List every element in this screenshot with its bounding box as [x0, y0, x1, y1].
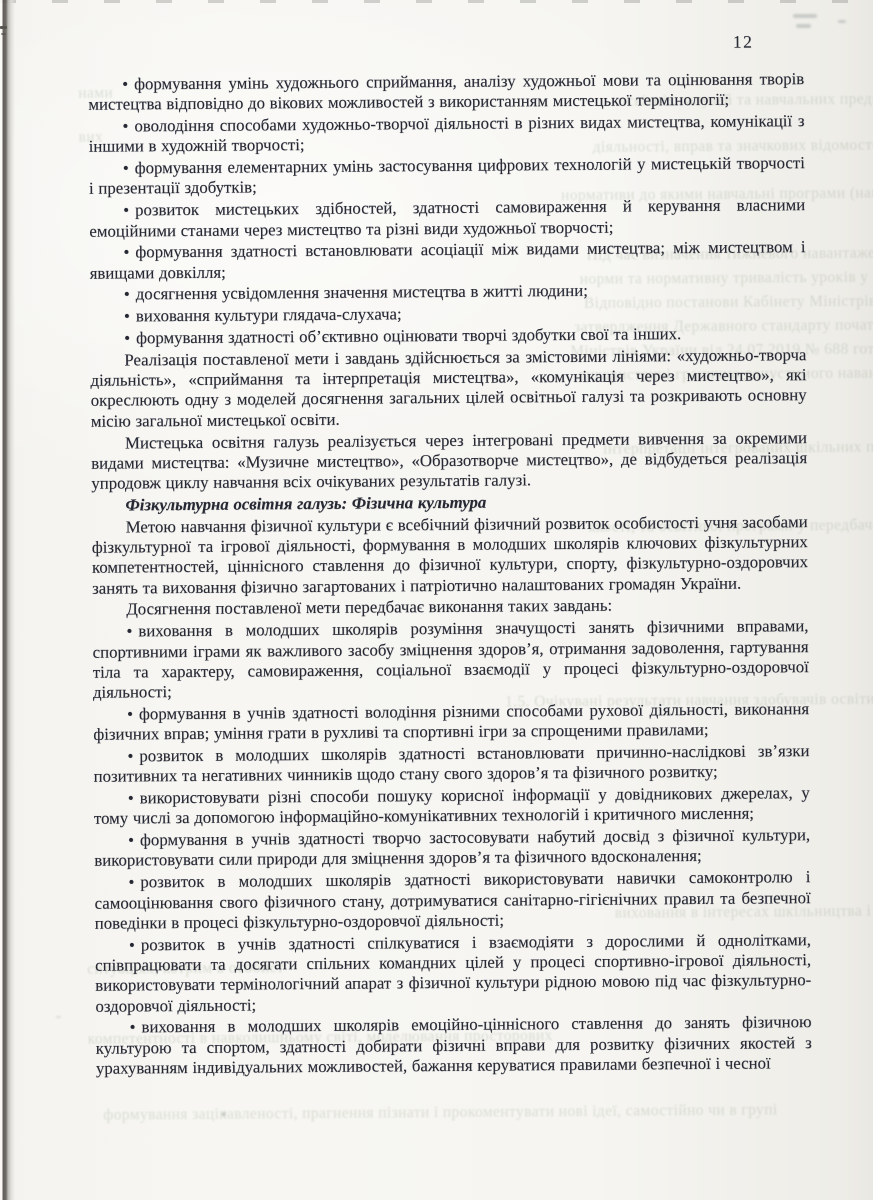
bullet-marker: • [127, 704, 133, 723]
text-run: розвиток в молодших школярів здатності в… [95, 867, 811, 932]
bullet-marker: • [123, 159, 129, 178]
text-run: формування здатності встановлювати асоці… [90, 237, 806, 282]
bullet-marker: • [124, 285, 130, 304]
bullet-marker: • [128, 788, 134, 807]
bullet-marker: • [123, 201, 129, 220]
bullet-item: •використовувати різні способи пошуку ко… [94, 783, 810, 829]
text-run: формування умінь художнього сприймання, … [88, 69, 804, 114]
bullet-item: •формування умінь художнього сприймання,… [88, 69, 804, 115]
text-run: розвиток в учнів здатності спілкуватися … [95, 930, 811, 1016]
text-run: виховання в молодших школярів емоційно-ц… [96, 1012, 812, 1077]
bullet-item: •розвиток мистецьких здібностей, здатнос… [89, 195, 805, 241]
text-run: формування здатності об’єктивно оцінюват… [136, 324, 681, 347]
document-body: •формування умінь художнього сприймання,… [88, 69, 812, 1079]
bullet-marker: • [127, 746, 133, 765]
text-run: досягнення усвідомлення значення мистецт… [136, 281, 588, 304]
text-run: Мистецька освітня галузь реалізується че… [91, 428, 807, 493]
page-number: 12 [733, 32, 754, 53]
bullet-marker: • [126, 622, 132, 641]
text-run: виховання в молодших школярів розуміння … [93, 616, 809, 702]
bleedthrough-text: формування зацікавленості, прагнення піз… [103, 1101, 777, 1124]
bullet-item: •формування елементарних умінь застосува… [89, 153, 805, 199]
text-run: виховання культури глядача-слухача; [136, 305, 402, 326]
text-run: формування елементарних умінь застосуван… [89, 153, 805, 198]
text-run: розвиток в молодших школярів здатності в… [94, 741, 810, 786]
text-run: оволодіння способами художньо-творчої ді… [89, 111, 805, 156]
bullet-marker: • [128, 831, 134, 850]
bullet-item: •формування в учнів здатності творчо зас… [94, 825, 810, 871]
bullet-marker: • [128, 873, 134, 892]
text-run: формування в учнів здатності володіння р… [93, 699, 809, 744]
text-run: Досягнення поставленої мети передбачає в… [126, 596, 612, 619]
bullet-marker: • [124, 328, 130, 347]
page-content: намивихосвітніх галузей та навчальних пр… [0, 0, 873, 1200]
bullet-item: •оволодіння способами художньо-творчої д… [88, 111, 804, 157]
bullet-marker: • [122, 74, 128, 93]
bullet-item: •розвиток в молодших школярів здатності … [93, 741, 809, 787]
bullet-marker: • [123, 243, 129, 262]
bullet-item: •виховання в молодших школярів розуміння… [92, 616, 809, 703]
text-run: розвиток мистецьких здібностей, здатност… [89, 195, 805, 240]
text-run: Реалізація поставленої мети і завдань зд… [90, 345, 806, 431]
paragraph: Реалізація поставленої мети і завдань зд… [90, 345, 807, 432]
bullet-marker: • [122, 117, 128, 136]
text-run: Фізкультурна освітня галузь: Фізична кул… [125, 493, 486, 515]
text-run: формування в учнів здатності творчо заст… [94, 825, 810, 870]
bullet-marker: • [130, 1018, 136, 1037]
bullet-marker: • [124, 307, 130, 326]
paragraph: Мистецька освітня галузь реалізується че… [91, 428, 807, 495]
text-run: використовувати різні способи пошуку кор… [94, 783, 810, 828]
bullet-marker: • [129, 935, 135, 954]
scanned-document-page: намивихосвітніх галузей та навчальних пр… [0, 0, 873, 1200]
bullet-item: •формування здатності встановлювати асоц… [89, 237, 805, 283]
bullet-item: •виховання в молодших школярів емоційно-… [96, 1012, 812, 1079]
paragraph: Метою навчання фізичної культури є всебі… [92, 512, 809, 599]
bullet-item: •формування в учнів здатності володіння … [93, 699, 809, 745]
bullet-item: •розвиток в учнів здатності спілкуватися… [95, 930, 812, 1017]
text-run: Метою навчання фізичної культури є всебі… [92, 512, 808, 598]
bullet-item: •розвиток в молодших школярів здатності … [94, 867, 810, 934]
